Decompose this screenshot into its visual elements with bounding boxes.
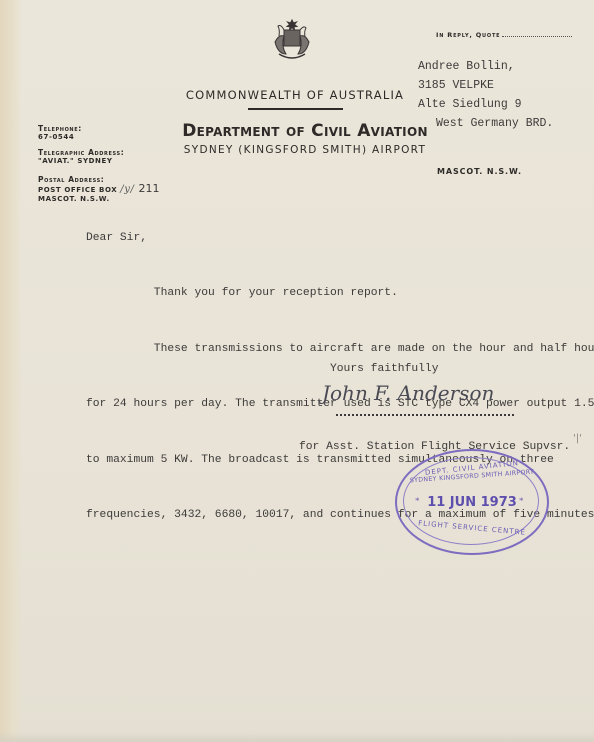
address-line: Andree Bollin, bbox=[418, 57, 553, 76]
postal-block: Postal Address: POST OFFICE BOX /y/211 M… bbox=[38, 175, 160, 204]
handwritten-scribble: /y/ bbox=[120, 184, 134, 195]
postal-line-2: MASCOT. N.S.W. bbox=[38, 195, 160, 204]
telegraphic-address: "AVIAT." SYDNEY bbox=[38, 157, 124, 166]
telegraphic-block: Telegraphic Address: "AVIAT." SYDNEY bbox=[38, 148, 124, 166]
coat-of-arms-icon bbox=[263, 18, 321, 62]
po-box-number: 211 bbox=[139, 182, 160, 195]
paper-edge bbox=[0, 0, 22, 742]
salutation: Dear Sir, bbox=[86, 229, 147, 248]
recipient-address: Andree Bollin, 3185 VELPKE Alte Siedlung… bbox=[418, 57, 553, 133]
body-line: These transmissions to aircraft are made… bbox=[86, 340, 594, 359]
closing: Yours faithfully bbox=[330, 363, 438, 375]
telegraphic-label: Telegraphic Address: bbox=[38, 148, 124, 157]
telephone-number: 67-0544 bbox=[38, 133, 82, 142]
paper-edge-bottom bbox=[0, 732, 594, 742]
department-title: Department of Civil Aviation bbox=[160, 121, 450, 141]
telephone-block: Telephone: 67-0544 bbox=[38, 124, 82, 142]
signature-dotted-line bbox=[336, 414, 514, 416]
stamp-date: 11 JUN 1973 bbox=[397, 495, 547, 510]
heading-rule bbox=[248, 108, 343, 110]
postal-line-1: POST OFFICE BOX /y/211 bbox=[38, 184, 160, 195]
po-box-text: POST OFFICE BOX bbox=[38, 186, 117, 194]
margin-pencil-mark: '|' bbox=[573, 433, 587, 451]
address-line: Alte Siedlung 9 bbox=[418, 95, 553, 114]
airport-subtitle: SYDNEY (KINGSFORD SMITH) AIRPORT bbox=[160, 144, 450, 156]
star-icon: * bbox=[519, 496, 524, 506]
reply-quote-dotted-line bbox=[502, 36, 572, 37]
commonwealth-heading: COMMONWEALTH OF AUSTRALIA bbox=[170, 88, 420, 102]
address-line: 3185 VELPKE bbox=[418, 76, 553, 95]
date-stamp: DEPT. CIVIL AVIATION SYDNEY KINGSFORD SM… bbox=[395, 449, 549, 555]
handwritten-signature: John F. Anderson bbox=[322, 381, 532, 415]
reply-quote: In Reply, Quote bbox=[436, 31, 572, 39]
reply-quote-label: In Reply, Quote bbox=[436, 31, 500, 39]
location-text: MASCOT. N.S.W. bbox=[437, 167, 522, 176]
body-line: Thank you for your reception report. bbox=[86, 284, 594, 303]
signatory-title: for Asst. Station Flight Service Supvsr. bbox=[299, 441, 570, 453]
telephone-label: Telephone: bbox=[38, 124, 82, 133]
letter-page: COMMONWEALTH OF AUSTRALIA Department of … bbox=[0, 0, 594, 742]
address-line: West Germany BRD. bbox=[418, 114, 553, 133]
